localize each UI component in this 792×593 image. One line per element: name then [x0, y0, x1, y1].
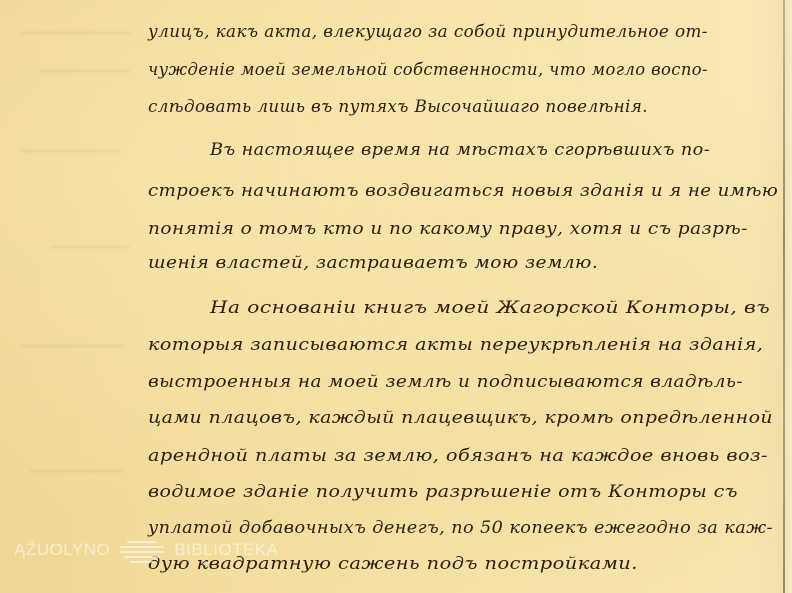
text-line-15: дую квадратную сажень подъ постройками. — [148, 554, 638, 574]
handwritten-text: улицъ, какъ акта, влекущаго за собой при… — [0, 0, 792, 593]
text-line-5: строекъ начинаютъ воздвигаться новыя зда… — [148, 181, 778, 201]
text-line-2: чужденіе моей земельной собственности, ч… — [148, 60, 708, 80]
text-line-10: выстроенныя на моей землѣ и подписываютс… — [148, 372, 743, 392]
text-line-12: арендной платы за землю, обязанъ на кажд… — [148, 446, 768, 466]
text-line-9: которыя записываются акты переукрѣпленія… — [148, 335, 763, 355]
text-line-8: На основаніи книгъ моей Жагорской Контор… — [210, 298, 770, 318]
text-line-11: цами плацовъ, каждый плацевщикъ, кромѣ о… — [148, 408, 773, 428]
text-line-1: улицъ, какъ акта, влекущаго за собой при… — [148, 22, 708, 42]
text-line-4: Въ настоящее время на мѣстахъ сгорѣвшихъ… — [210, 140, 710, 160]
text-line-13: водимое зданіе получить разрѣшеніе отъ К… — [148, 482, 738, 502]
page-edge — [785, 0, 792, 593]
text-line-14: уплатой добавочныхъ денегъ, по 50 копеек… — [148, 518, 773, 538]
text-line-3: слѣдовать лишь въ путяхъ Высочайшаго пов… — [148, 97, 648, 117]
document-page: улицъ, какъ акта, влекущаго за собой при… — [0, 0, 792, 593]
text-line-6: понятія о томъ кто и по какому праву, хо… — [148, 219, 748, 239]
text-line-7: шенія властей, застраиваетъ мою землю. — [148, 253, 598, 273]
